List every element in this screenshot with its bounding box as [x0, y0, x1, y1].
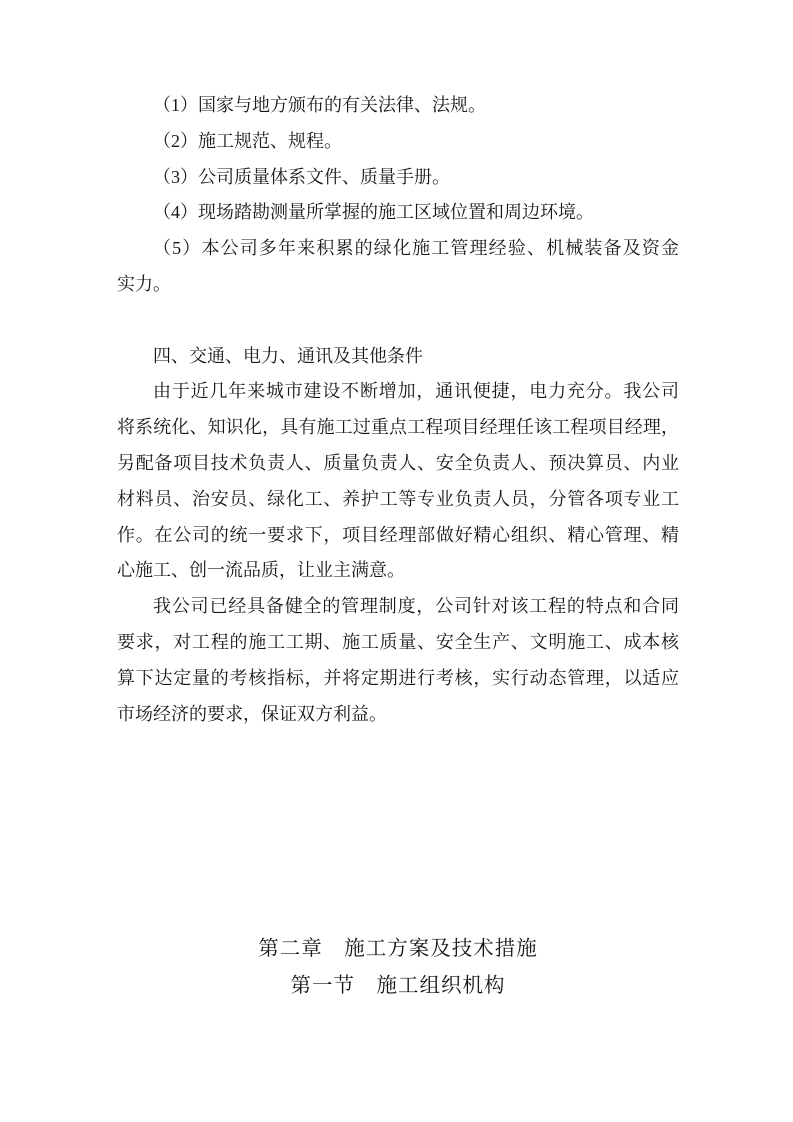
- text-line: 算下达定量的考核指标，并将定期进行考核，实行动态管理，以适应: [117, 661, 679, 697]
- paragraph: 我公司已经具备健全的管理制度，公司针对该工程的特点和合同要求，对工程的施工工期、…: [117, 589, 679, 732]
- text-line: 要求，对工程的施工工期、施工质量、安全生产、文明施工、成本核: [117, 625, 679, 661]
- text-line: 四、交通、电力、通讯及其他条件: [117, 339, 679, 375]
- text-line: 实力。: [117, 267, 679, 303]
- text-line: 作。在公司的统一要求下，项目经理部做好精心组织、精心管理、精: [117, 518, 679, 554]
- text-line: 由于近几年来城市建设不断增加，通讯便捷，电力充分。我公司: [117, 374, 679, 410]
- blank-line: [117, 303, 679, 339]
- text-line: （4）现场踏勘测量所掌握的施工区域位置和周边环境。: [117, 195, 679, 231]
- text-line: （3）公司质量体系文件、质量手册。: [117, 160, 679, 196]
- paragraph: 四、交通、电力、通讯及其他条件: [117, 339, 679, 375]
- document-page: （1）国家与地方颁布的有关法律、法规。（2）施工规范、规程。（3）公司质量体系文…: [0, 0, 793, 1122]
- text-line: 另配备项目技术负责人、质量负责人、安全负责人、预决算员、内业: [117, 446, 679, 482]
- paragraph: （3）公司质量体系文件、质量手册。: [117, 160, 679, 196]
- text-line: （5）本公司多年来积累的绿化施工管理经验、机械装备及资金: [117, 231, 679, 267]
- paragraph: （2）施工规范、规程。: [117, 124, 679, 160]
- text-line: 材料员、治安员、绿化工、养护工等专业负责人员，分管各项专业工: [117, 482, 679, 518]
- body-paragraphs: （1）国家与地方颁布的有关法律、法规。（2）施工规范、规程。（3）公司质量体系文…: [117, 88, 679, 732]
- text-line: （1）国家与地方颁布的有关法律、法规。: [117, 88, 679, 124]
- paragraph: 由于近几年来城市建设不断增加，通讯便捷，电力充分。我公司将系统化、知识化，具有施…: [117, 374, 679, 589]
- text-line: 我公司已经具备健全的管理制度，公司针对该工程的特点和合同: [117, 589, 679, 625]
- text-line: 心施工、创一流品质，让业主满意。: [117, 553, 679, 589]
- page-content: （1）国家与地方颁布的有关法律、法规。（2）施工规范、规程。（3）公司质量体系文…: [117, 88, 679, 1005]
- paragraph: （5）本公司多年来积累的绿化施工管理经验、机械装备及资金实力。: [117, 231, 679, 303]
- paragraph: （4）现场踏勘测量所掌握的施工区域位置和周边环境。: [117, 195, 679, 231]
- paragraph: （1）国家与地方颁布的有关法律、法规。: [117, 88, 679, 124]
- text-line: 市场经济的要求，保证双方利益。: [117, 697, 679, 733]
- text-line: （2）施工规范、规程。: [117, 124, 679, 160]
- text-line: 将系统化、知识化，具有施工过重点工程项目经理任该工程项目经理，: [117, 410, 679, 446]
- chapter-heading: 第二章 施工方案及技术措施: [117, 931, 679, 968]
- section-heading: 第一节 施工组织机构: [117, 968, 679, 1005]
- vertical-gap: [117, 732, 679, 931]
